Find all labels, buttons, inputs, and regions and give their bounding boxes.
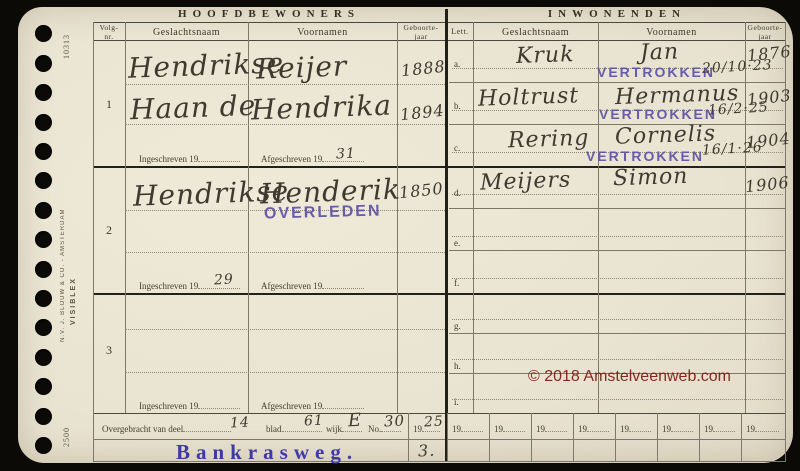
column-header-surname-left: Geslachtsnaam: [125, 27, 248, 38]
row-number: 1: [93, 97, 125, 112]
binder-hole: [35, 172, 52, 189]
binder-hole: [35, 114, 52, 131]
rule-line: [449, 333, 785, 334]
binder-hole: [35, 55, 52, 72]
vertrokken-stamp: VERTROKKEN: [586, 148, 704, 164]
form-number-top: 10313: [62, 13, 71, 59]
entry-surname: Haan de: [129, 89, 256, 126]
rule-line: [489, 413, 490, 462]
rule-line: [449, 208, 785, 209]
rule-line: [573, 413, 574, 462]
entry-firstnames: Hendrika: [250, 89, 392, 127]
column-header-birthyear-left-line2: jaar: [414, 32, 427, 41]
entry-birthyear: 1894: [399, 101, 445, 125]
entry-firstnames: Jan: [640, 39, 680, 65]
rule-line: [449, 250, 785, 251]
binder-hole: [35, 143, 52, 160]
entry-firstnames: Simon: [613, 164, 689, 192]
dotted-leader: [629, 422, 651, 432]
ingeschreven-label: Ingeschreven 19: [139, 399, 240, 411]
dotted-leader: [545, 422, 567, 432]
binder-hole: [35, 408, 52, 425]
dotted-leader: [198, 152, 240, 162]
row-letter: h.: [454, 361, 461, 371]
rule-line: [745, 22, 746, 413]
ingeschreven-label-text: Ingeschreven 19: [139, 154, 198, 164]
dotted-leader: [755, 422, 779, 432]
vertrokken-stamp: VERTROKKEN: [597, 64, 715, 80]
dotted-leader: [322, 279, 364, 289]
dotted-leader: [322, 399, 364, 409]
ingeschreven-label: Ingeschreven 19: [139, 152, 240, 164]
afgeschreven-label: Afgeschreven 19: [261, 399, 364, 411]
row-letter: b.: [454, 101, 461, 111]
rule-line: [248, 22, 249, 413]
rule-line: [397, 22, 398, 413]
dotted-leader: [461, 422, 483, 432]
transfer-label-blad-text: blad: [266, 424, 282, 434]
rule-line: [531, 413, 532, 462]
printer-brand-name: VISIBLEX: [70, 175, 77, 325]
writing-line: [452, 278, 783, 279]
afgeschreven-label-text: Afgeschreven 19: [261, 401, 322, 411]
writing-line: [452, 359, 783, 360]
section-title-inwonenden: INWONENDEN: [449, 8, 785, 20]
writing-line: [452, 399, 783, 400]
writing-line: [452, 236, 783, 237]
dotted-leader: [713, 422, 735, 432]
dotted-leader: [183, 422, 231, 432]
rule-line: [615, 413, 616, 462]
binder-hole: [35, 84, 52, 101]
vertrokken-stamp: VERTROKKEN: [599, 106, 717, 122]
entry-birthyear: 1850: [398, 179, 444, 203]
binder-hole: [35, 25, 52, 42]
year-prefix: 19: [536, 424, 545, 434]
printer-company-name: N.V. J. BLOUW & CO. - AMSTERDAM: [60, 157, 66, 342]
entry-birthyear: 1888: [400, 57, 446, 81]
dotted-leader: [503, 422, 525, 432]
binder-hole: [35, 231, 52, 248]
street-name-stamp: Bankrasweg.: [176, 440, 358, 465]
column-header-firstnames-right: Voornamen: [598, 27, 745, 38]
register-card: 10313 VISIBLEX N.V. J. BLOUW & CO. - AMS…: [18, 7, 793, 463]
vertrokken-date: 20/10·23: [702, 57, 773, 77]
section-divider-line: [445, 9, 448, 461]
binder-hole: [35, 349, 52, 366]
watermark-copyright: © 2018 Amstelveenweb.com: [528, 368, 731, 386]
transfer-wijk-value: E: [347, 410, 362, 432]
row-number: 2: [93, 223, 125, 238]
year-cell: 19: [452, 422, 483, 434]
year-cell: 19: [662, 422, 693, 434]
rule-line: [598, 22, 599, 413]
section-title-hoofdbewoners: HOOFDBEWONERS: [93, 8, 445, 20]
afgeschreven-label-text: Afgeschreven 19: [261, 154, 322, 164]
transfer-deel-value: 14: [230, 414, 251, 431]
row-letter: f.: [454, 278, 459, 288]
row-letter: e.: [454, 238, 460, 248]
year-prefix: 19: [746, 424, 755, 434]
year-prefix: 19: [620, 424, 629, 434]
year-prefix: 19: [494, 424, 503, 434]
row-letter: c.: [454, 143, 460, 153]
binder-hole: [35, 319, 52, 336]
year-prefix: 19: [578, 424, 587, 434]
year-prefix: 19: [413, 424, 422, 434]
entry-surname: Rering: [508, 126, 590, 154]
afgeschreven-year-value: 31: [336, 145, 357, 162]
writing-line: [125, 329, 445, 330]
year-prefix: 19: [662, 424, 671, 434]
column-header-birthyear-right: Geboorte- jaar: [745, 24, 785, 41]
form-number-bottom: 2500: [62, 405, 71, 447]
ingeschreven-label-text: Ingeschreven 19: [139, 281, 198, 291]
binder-hole: [35, 290, 52, 307]
year-cell: 19: [536, 422, 567, 434]
dotted-leader: [671, 422, 693, 432]
rule-line: [741, 413, 742, 462]
house-number-value: 3.: [418, 441, 436, 461]
column-header-firstnames-left: Voornamen: [248, 27, 397, 38]
vertrokken-date: 16/2·25: [708, 99, 769, 118]
rule-line: [125, 22, 126, 413]
row-letter: g.: [454, 321, 461, 331]
row-letter: i.: [454, 397, 459, 407]
year-cell: 19: [704, 422, 735, 434]
year-prefix: 19: [704, 424, 713, 434]
row-letter: a.: [454, 59, 460, 69]
rule-line: [93, 293, 785, 295]
column-header-lett: Lett.: [447, 28, 473, 37]
binder-hole: [35, 202, 52, 219]
ingeschreven-label-text: Ingeschreven 19: [139, 401, 198, 411]
writing-line: [125, 252, 445, 253]
year-cell: 19: [746, 422, 779, 434]
year-cell: 19: [620, 422, 651, 434]
column-header-volgnr-line2: nr.: [104, 32, 113, 41]
overleden-stamp: OVERLEDEN: [264, 202, 382, 223]
year-cell: 19: [578, 422, 609, 434]
dotted-leader: [198, 399, 240, 409]
afgeschreven-label: Afgeschreven 19: [261, 279, 364, 291]
writing-line: [125, 372, 445, 373]
transfer-no-value: 30: [384, 411, 406, 430]
writing-line: [452, 319, 783, 320]
rule-line: [447, 413, 448, 462]
entry-firstnames: Reijer: [255, 49, 347, 85]
binder-hole: [35, 437, 52, 454]
rule-line: [93, 22, 785, 23]
year-value-handwritten: 25: [424, 413, 445, 430]
year-cell: 19: [494, 422, 525, 434]
afgeschreven-label-text: Afgeschreven 19: [261, 281, 322, 291]
rule-line: [408, 413, 409, 462]
column-header-birthyear-left: Geboorte- jaar: [397, 24, 445, 41]
transfer-blad-value: 61: [304, 412, 325, 429]
binder-hole: [35, 261, 52, 278]
column-header-volgnr: Volg- nr.: [93, 24, 125, 41]
row-number: 3: [93, 343, 125, 358]
entry-birthyear: 1906: [744, 173, 790, 197]
column-header-surname-right: Geslachtsnaam: [473, 27, 598, 38]
dotted-leader: [587, 422, 609, 432]
column-header-birthyear-right-line2: jaar: [758, 32, 771, 41]
rule-line: [93, 22, 94, 462]
transfer-label-no-text: No.: [368, 424, 381, 434]
ingeschreven-year-value: 29: [214, 271, 235, 288]
year-prefix: 19: [452, 424, 461, 434]
transfer-label-deel: Overgebracht van deel: [102, 422, 231, 434]
transfer-label-deel-text: Overgebracht van deel: [102, 424, 183, 434]
row-letter: d.: [454, 188, 461, 198]
register-card-scan: 10313 VISIBLEX N.V. J. BLOUW & CO. - AMS…: [0, 0, 800, 471]
vertrokken-date: 16/1·26: [702, 139, 763, 158]
entry-surname: Holtrust: [478, 83, 580, 112]
entry-surname: Kruk: [516, 42, 575, 69]
entry-surname: Meijers: [480, 167, 572, 195]
rule-line: [699, 413, 700, 462]
binder-hole: [35, 378, 52, 395]
rule-line: [473, 22, 474, 413]
rule-line: [657, 413, 658, 462]
transfer-label-wijk-text: wijk: [326, 424, 342, 434]
